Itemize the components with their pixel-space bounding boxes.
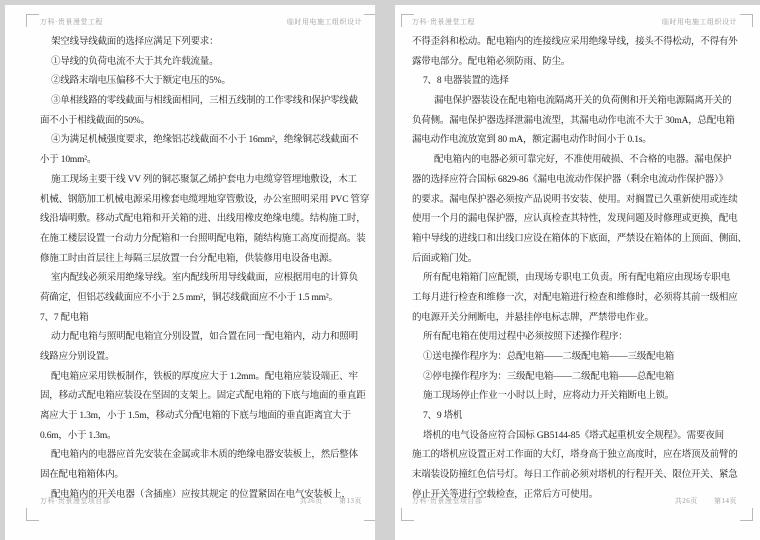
text-line: ②线路末端电压偏移不大于额定电压的5%。 — [40, 72, 375, 92]
text-line: 所有配电箱在使用过程中必须按照下述操作程序： — [412, 328, 760, 348]
text-line: 架空线导线截面的选择应满足下列要求： — [40, 33, 375, 53]
text-line: 末端装设防撞红色信号灯。每日工作前必须对塔机的行程开关、限位开关、紧急 — [412, 466, 760, 486]
text-line: 固在配电箱箱体内。 — [40, 466, 375, 486]
text-line: 不得歪斜和松动。配电箱内的连接线应采用绝缘导线，接头不得松动，不得有外 — [412, 33, 760, 53]
text-line: 机械、钢筋加工机械电源采用橡套电缆埋地穿管敷设，办公室照明采用 PVC 管穿 — [40, 191, 375, 211]
text-line: 面不小于相线截面的50%。 — [40, 112, 375, 132]
footer-total-pages: 共26页 — [675, 497, 698, 505]
text-line: 室内配线必须采用绝缘导线。室内配线所用导线截面，应根据用电的计算负 — [40, 269, 375, 289]
footer-page-number: 第14页 — [714, 497, 737, 505]
text-line: ①送电操作程序为：总配电箱——二级配电箱——三级配电箱 — [412, 348, 760, 368]
text-line: 施工的塔机应设置正对工作面的大灯，塔身高于独立高度时，应在塔顶及前臂的 — [412, 446, 760, 466]
text-line: 荷确定，但铝芯线截面应不小于 2.5 mm²，铜芯线截面应不小于 1.5 mm²… — [40, 289, 375, 309]
text-line: 后面或箱门处。 — [412, 250, 760, 270]
text-line: 塔机的电气设备应符合国标 GB5144-85《塔式起重机安全规程》。需要夜间 — [412, 427, 760, 447]
page-header: 万科·贵景漫堂工程 临时用电施工组织设计 — [412, 17, 737, 27]
crop-mark-top-right-icon — [364, 14, 375, 27]
text-line: 0.6m，小于 1.3m。 — [40, 427, 375, 447]
text-line: ②停电操作程序为：三级配电箱——二级配电箱——总配电箱 — [412, 368, 760, 388]
text-line: 漏电保护器装设在配电箱电流隔离开关的负荷侧和开关箱电源隔离开关的 — [412, 92, 760, 112]
page-14: 万科·贵景漫堂工程 临时用电施工组织设计 不得歪斜和松动。配电箱内的连接线应采用… — [395, 5, 760, 540]
header-project-name: 万科·贵景漫堂工程 — [40, 17, 103, 27]
page-13: 万科·贵景漫堂工程 临时用电施工组织设计 架空线导线截面的选择应满足下列要求：①… — [5, 5, 375, 540]
text-line: 配电箱内的电器应首先安装在金属或非木质的绝缘电器安装板上，然后整体 — [40, 446, 375, 466]
text-line: 动力配电箱与照明配电箱宜分别设置，如合置在同一配电箱内，动力和照明 — [40, 328, 375, 348]
page-footer: 万科·贵景漫堂项目部 共26页 第13页 — [40, 496, 362, 506]
footer-project-name: 万科·贵景漫堂项目部 — [412, 496, 482, 506]
text-line: 箱中导线的进线口和出线口应设在箱体的下底面，严禁设在箱体的上顶面、侧面、 — [412, 230, 760, 250]
text-line: 负荷侧。漏电保护器选择泄漏电流型，其漏电动作电流不大于 30mA，总配电箱 — [412, 112, 760, 132]
crop-mark-top-right-icon — [740, 14, 753, 27]
text-line: 离应大于 1.3m，小于 1.5m，移动式分配电箱的下底与地面的垂直距离宜大于 — [40, 407, 375, 427]
crop-mark-bottom-left-icon — [401, 508, 414, 521]
text-line: 器的选择应符合国标 6829-86《漏电电流动作保护器（剩余电流动作保护器）》 — [412, 171, 760, 191]
text-line: 的要求。漏电保护器必须按产品说明书安装、使用。对搁置已久重新使用或连续 — [412, 191, 760, 211]
text-line: 小于 10mm²。 — [40, 151, 375, 171]
text-line: 漏电动作电流放宽到 80 mA，额定漏电动作时间小于 0.1s。 — [412, 131, 760, 151]
page-footer: 万科·贵景漫堂项目部 共26页 第14页 — [412, 496, 737, 506]
text-line: 7、8 电器装置的选择 — [412, 72, 760, 92]
text-line: 的电源开关分闸断电，并悬挂停电标志牌，严禁带电作业。 — [412, 309, 760, 329]
text-line: 在施工楼层设置一台动力分配箱和一台照明配电箱，随结构施工高度而提高。装 — [40, 230, 375, 250]
text-line: 使用一个月的漏电保护器，应认真检查其特性，发现问题及时修理或更换，配电 — [412, 210, 760, 230]
crop-mark-bottom-left-icon — [26, 508, 39, 521]
text-line: 固，移动式配电箱应装设在坚固的支架上。固定式配电箱的下底与地面的垂直距 — [40, 387, 375, 407]
footer-page-numbers: 共26页 第14页 — [661, 496, 737, 506]
footer-page-number: 第13页 — [339, 497, 362, 505]
text-line: 所有配电箱箱门应配锁，由现场专职电工负责。所有配电箱应由现场专职电 — [412, 269, 760, 289]
text-line: 线路应分别设置。 — [40, 348, 375, 368]
page-header: 万科·贵景漫堂工程 临时用电施工组织设计 — [40, 17, 362, 27]
page-body-text[interactable]: 不得歪斜和松动。配电箱内的连接线应采用绝缘导线，接头不得松动，不得有外露带电部分… — [412, 33, 760, 506]
text-line: 7、7 配电箱 — [40, 309, 375, 329]
crop-mark-top-left-icon — [26, 14, 39, 27]
page-divider — [375, 0, 395, 540]
text-line: 线沿墙明敷。移动式配电箱和开关箱的进、出线用橡皮绝缘电缆。结构施工时， — [40, 210, 375, 230]
text-line: 施工现场停止作业一小时以上时，应将动力开关箱断电上锁。 — [412, 387, 760, 407]
text-line: ①导线的负荷电流不大于其允许载流量。 — [40, 53, 375, 73]
text-line: ④为满足机械强度要求，绝缘铝芯线截面不小于 16mm²，绝缘铜芯线截面不 — [40, 131, 375, 151]
header-project-name: 万科·贵景漫堂工程 — [412, 17, 475, 27]
text-line: 露带电部分。配电箱必须防雨、防尘。 — [412, 53, 760, 73]
text-line: 配电箱应采用铁板制作，铁板的厚度应大于 1.2mm。配电箱应装设端正、牢 — [40, 368, 375, 388]
crop-mark-bottom-right-icon — [740, 508, 753, 521]
text-line: ③单相线路的零线截面与相线面相同，三相五线制的工作零线和保护零线截 — [40, 92, 375, 112]
header-doc-title: 临时用电施工组织设计 — [662, 17, 737, 27]
text-line: 施工现场主要干线 VV 列的铜芯聚氯乙烯护套电力电缆穿管埋地敷设，木工 — [40, 171, 375, 191]
text-line: 工每月进行检查和维修一次，对配电箱进行检查和维修时，必须将其前一级相应 — [412, 289, 760, 309]
footer-total-pages: 共26页 — [300, 497, 323, 505]
page-body-text[interactable]: 架空线导线截面的选择应满足下列要求：①导线的负荷电流不大于其允许载流量。②线路末… — [40, 33, 375, 506]
text-line: 配电箱内的电器必须可靠完好，不准使用破损、不合格的电器。漏电保护 — [412, 151, 760, 171]
header-doc-title: 临时用电施工组织设计 — [287, 17, 362, 27]
text-line: 7、9 塔机 — [412, 407, 760, 427]
footer-page-numbers: 共26页 第13页 — [286, 496, 362, 506]
text-line: 修施工时由首层往上每隔三层放置一台分配电箱，供装修用电设备电源。 — [40, 250, 375, 270]
footer-project-name: 万科·贵景漫堂项目部 — [40, 496, 110, 506]
document-view: 万科·贵景漫堂工程 临时用电施工组织设计 架空线导线截面的选择应满足下列要求：①… — [0, 0, 760, 540]
crop-mark-bottom-right-icon — [364, 508, 375, 521]
